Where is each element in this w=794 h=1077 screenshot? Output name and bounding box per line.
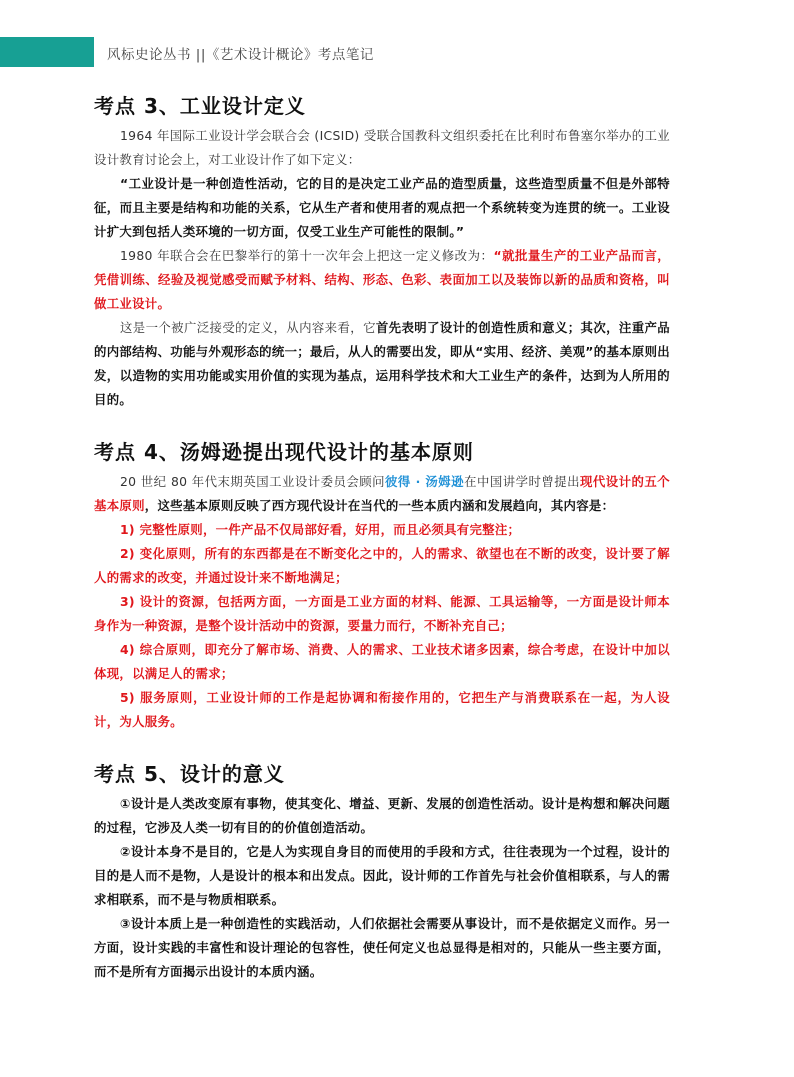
running-header-title: 风标史论丛书 ||《艺术设计概论》考点笔记 — [107, 43, 374, 63]
principle-item: 2) 变化原则，所有的东西都是在不断变化之中的，人的需求、欲望也在不断的改变，设… — [94, 542, 670, 590]
section-heading: 考点 5、设计的意义 — [94, 760, 670, 788]
meaning-point: ②设计本身不是目的，它是人为实现自身目的而使用的手段和方式，往往表现为一个过程，… — [94, 840, 670, 912]
paragraph-thompson-intro: 20 世纪 80 年代末期英国工业设计委员会顾问彼得 · 汤姆逊在中国讲学时曾提… — [94, 470, 670, 518]
principle-item: 3) 设计的资源，包括两方面，一方面是工业方面的材料、能源、工具运输等，一方面是… — [94, 590, 670, 638]
page-content: 考点 3、工业设计定义 1964 年国际工业设计学会联合会 (ICSID) 受联… — [94, 92, 670, 984]
section-kaodian-3: 考点 3、工业设计定义 1964 年国际工业设计学会联合会 (ICSID) 受联… — [94, 92, 670, 412]
principle-item: 1) 完整性原则，一件产品不仅局部好看，好用，而且必须具有完整注； — [94, 518, 670, 542]
paragraph-icsid-intro: 1964 年国际工业设计学会联合会 (ICSID) 受联合国教科文组织委托在比利… — [94, 124, 670, 172]
intro-text: 在中国讲学时曾提出 — [464, 474, 580, 489]
section-heading: 考点 3、工业设计定义 — [94, 92, 670, 120]
paragraph-1980-revision: 1980 年联合会在巴黎举行的第十一次年会上把这一定义修改为：“就批量生产的工业… — [94, 244, 670, 316]
paragraph-icsid-definition-quote: “工业设计是一种创造性活动，它的目的是决定工业产品的造型质量，这些造型质量不但是… — [94, 172, 670, 244]
intro-bold-text: ，这些基本原则反映了西方现代设计在当代的一些本质内涵和发展趋向，其内容是： — [145, 498, 615, 513]
person-name-highlight: 彼得 · 汤姆逊 — [385, 474, 464, 489]
section-heading: 考点 4、汤姆逊提出现代设计的基本原则 — [94, 438, 670, 466]
paragraph-definition-analysis: 这是一个被广泛接受的定义，从内容来看，它首先表明了设计的创造性质和意义；其次，注… — [94, 316, 670, 412]
intro-text: 20 世纪 80 年代末期英国工业设计委员会顾问 — [120, 474, 385, 489]
principle-item: 4) 综合原则，即充分了解市场、消费、人的需求、工业技术诸多因素，综合考虑，在设… — [94, 638, 670, 686]
meaning-point: ①设计是人类改变原有事物，使其变化、增益、更新、发展的创造性活动。设计是构想和解… — [94, 792, 670, 840]
principle-item: 5) 服务原则，工业设计师的工作是起协调和衔接作用的，它把生产与消费联系在一起，… — [94, 686, 670, 734]
section-kaodian-4: 考点 4、汤姆逊提出现代设计的基本原则 20 世纪 80 年代末期英国工业设计委… — [94, 438, 670, 734]
meaning-point: ③设计本质上是一种创造性的实践活动，人们依据社会需要从事设计，而不是依据定义而作… — [94, 912, 670, 984]
section-kaodian-5: 考点 5、设计的意义 ①设计是人类改变原有事物，使其变化、增益、更新、发展的创造… — [94, 760, 670, 984]
analysis-intro-text: 这是一个被广泛接受的定义，从内容来看，它 — [120, 320, 376, 335]
header-accent-bar — [0, 37, 94, 67]
revision-intro-text: 1980 年联合会在巴黎举行的第十一次年会上把这一定义修改为： — [120, 248, 493, 263]
